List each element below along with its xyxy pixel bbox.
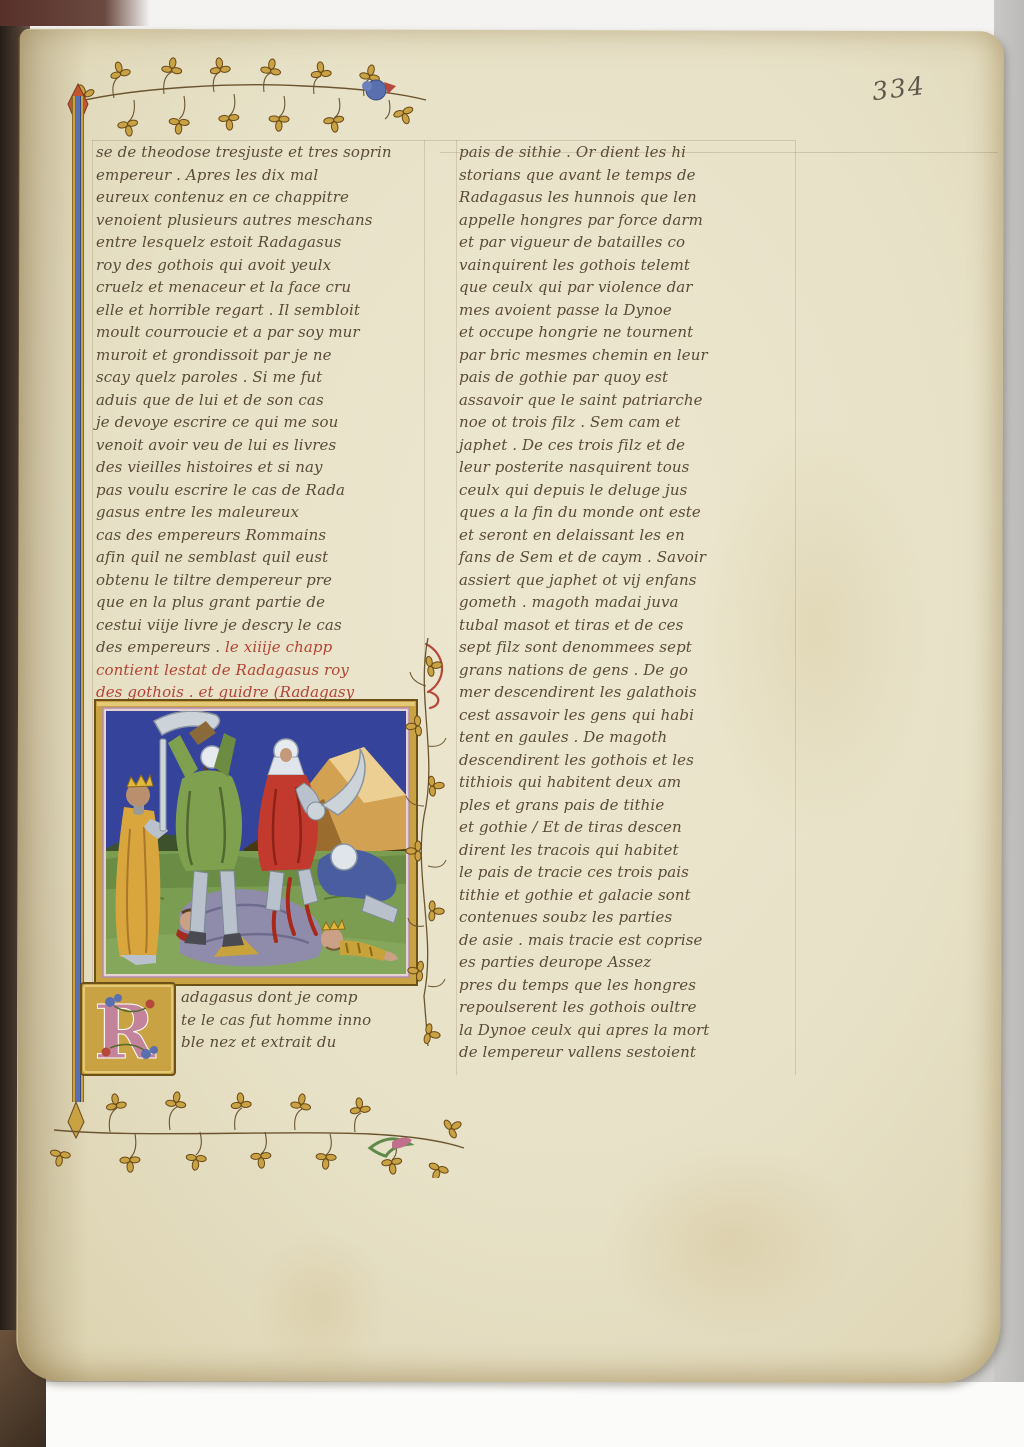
text-line: que ceulx qui par violence dar <box>459 276 795 299</box>
text-line: ble nez et extrait du <box>181 1031 431 1054</box>
text-line: venoit avoir veu de lui es livres <box>96 434 426 457</box>
text-line: repoulserent les gothois oultre <box>459 996 795 1019</box>
text-line: et par vigueur de batailles co <box>459 231 795 254</box>
text-line: mes avoient passe la Dynoe <box>459 299 795 322</box>
illuminated-initial: R <box>80 982 176 1076</box>
text-line: et occupe hongrie ne tournent <box>459 321 795 344</box>
text-line: tithiois qui habitent deux am <box>459 771 795 794</box>
text-line: empereur . Apres les dix mal <box>96 164 426 187</box>
text-line: venoient plusieurs autres meschans <box>96 209 426 232</box>
initial-paragraph-text: adagasus dont je compte le cas fut homme… <box>181 986 431 1054</box>
text-line: tent en gaules . De magoth <box>459 726 795 749</box>
text-line: des empereurs . le xiiije chapp <box>96 636 426 659</box>
text-line: assavoir que le saint patriarche <box>459 389 795 412</box>
text-line: eureux contenuz en ce chappitre <box>96 186 426 209</box>
text-line: mer descendirent les galathois <box>459 681 795 704</box>
text-line: je devoye escrire ce qui me sou <box>96 411 426 434</box>
text-line: fans de Sem et de caym . Savoir <box>459 546 795 569</box>
text-line: obtenu le tiltre dempereur pre <box>96 569 426 592</box>
text-line: que en la plus grant partie de <box>96 591 426 614</box>
text-line: pres du temps que les hongres <box>459 974 795 997</box>
text-line: grans nations de gens . De go <box>459 659 795 682</box>
text-line: cas des empereurs Rommains <box>96 524 426 547</box>
text-line: muroit et grondissoit par je ne <box>96 344 426 367</box>
text-line: te le cas fut homme inno <box>181 1009 431 1032</box>
left-column-text: se de theodose tresjuste et tres soprine… <box>96 141 426 704</box>
text-line: sept filz sont denommees sept <box>459 636 795 659</box>
text-line: entre lesquelz estoit Radagasus <box>96 231 426 254</box>
text-line: storians que avant le temps de <box>459 164 795 187</box>
binding-top-edge <box>0 0 150 26</box>
text-line: tubal masot et tiras et de ces <box>459 614 795 637</box>
text-line: pais de gothie par quoy est <box>459 366 795 389</box>
text-line: Radagasus les hunnois que len <box>459 186 795 209</box>
text-line: par bric mesmes chemin en leur <box>459 344 795 367</box>
text-line: cruelz et menaceur et la face cru <box>96 276 426 299</box>
text-line: scay quelz paroles . Si me fut <box>96 366 426 389</box>
manuscript-page-photo: 334 se de theod <box>0 0 1024 1447</box>
text-line: appelle hongres par force darm <box>459 209 795 232</box>
text-line: ples et grans pais de tithie <box>459 794 795 817</box>
text-line: gasus entre les maleureux <box>96 501 426 524</box>
text-line: vainquirent les gothois telemt <box>459 254 795 277</box>
text-line: elle et horrible regart . Il sembloit <box>96 299 426 322</box>
ivy-vine-bottom-border <box>40 1078 470 1178</box>
text-line: es parties deurope Assez <box>459 951 795 974</box>
text-line: pais de sithie . Or dient les hi <box>459 141 795 164</box>
text-line: gometh . magoth madai juva <box>459 591 795 614</box>
text-line: cestui viije livre je descry le cas <box>96 614 426 637</box>
text-line: afin quil ne semblast quil eust <box>96 546 426 569</box>
text-line: moult courroucie et a par soy mur <box>96 321 426 344</box>
text-line: tithie et gothie et galacie sont <box>459 884 795 907</box>
bar-border <box>72 96 84 1102</box>
right-column-text: pais de sithie . Or dient les historians… <box>459 141 795 1064</box>
text-line: se de theodose tresjuste et tres soprin <box>96 141 426 164</box>
text-line: ceulx qui depuis le deluge jus <box>459 479 795 502</box>
text-line: noe ot trois filz . Sem cam et <box>459 411 795 434</box>
text-line: descendirent les gothois et les <box>459 749 795 772</box>
ruling-line <box>795 140 796 1075</box>
text-line: roy des gothois qui avoit yeulx <box>96 254 426 277</box>
blue-flower <box>362 80 396 100</box>
text-line: japhet . De ces trois filz et de <box>459 434 795 457</box>
text-line: dirent les tracois qui habitet <box>459 839 795 862</box>
text-line: de lempereur vallens sestoient <box>459 1041 795 1064</box>
text-line: aduis que de lui et de son cas <box>96 389 426 412</box>
text-line: la Dynoe ceulx qui apres la mort <box>459 1019 795 1042</box>
text-line: contient lestat de Radagasus roy <box>96 659 426 682</box>
miniature-scene <box>106 711 406 974</box>
photo-background-bottom <box>0 1382 1024 1447</box>
text-line: contenues soubz les parties <box>459 906 795 929</box>
ruling-line <box>456 140 457 1075</box>
text-line: leur posterite nasquirent tous <box>459 456 795 479</box>
text-line: ques a la fin du monde ont este <box>459 501 795 524</box>
text-line: et gothie / Et de tiras descen <box>459 816 795 839</box>
miniature-frame <box>94 699 418 986</box>
ruling-line <box>92 140 93 1075</box>
green-pink-flower <box>370 1137 412 1156</box>
text-line: adagasus dont je comp <box>181 986 431 1009</box>
text-line: de asie . mais tracie est coprise <box>459 929 795 952</box>
text-line: pas voulu escrire le cas de Rada <box>96 479 426 502</box>
text-line: le pais de tracie ces trois pais <box>459 861 795 884</box>
text-line: des vieilles histoires et si nay <box>96 456 426 479</box>
text-line: assiert que japhet ot vij enfans <box>459 569 795 592</box>
text-line: cest assavoir les gens qui habi <box>459 704 795 727</box>
text-line: et seront en delaissant les en <box>459 524 795 547</box>
ivy-vine-top-border <box>54 54 436 146</box>
